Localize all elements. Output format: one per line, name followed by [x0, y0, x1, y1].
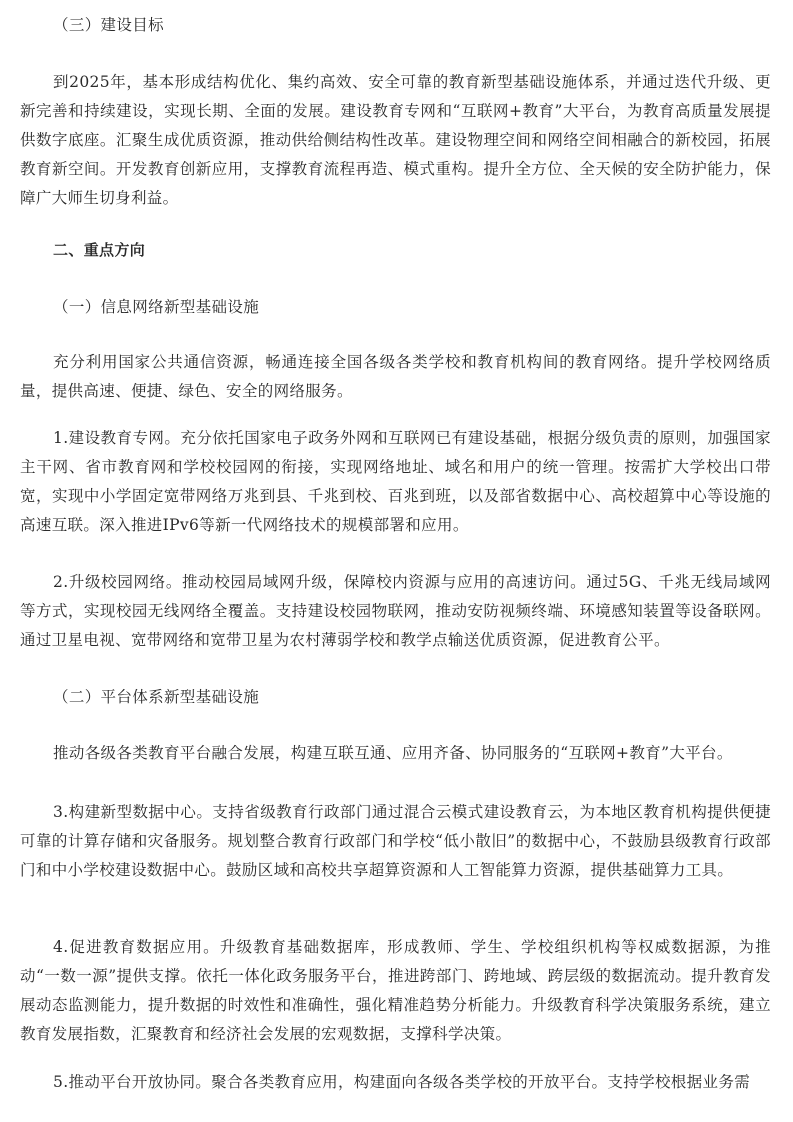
sub-heading-information-network: （一）信息网络新型基础设施 — [53, 293, 793, 322]
paragraph-item-1-education-network: 1.建设教育专网。充分依托国家电子政务外网和互联网已有建设基础，根据分级负责的原… — [20, 424, 771, 540]
paragraph-construction-goals: 到2025年，基本形成结构优化、集约高效、安全可靠的教育新型基础设施体系，并通过… — [20, 68, 771, 213]
paragraph-item-4-data-application: 4.促进教育数据应用。升级教育基础数据库，形成教师、学生、学校组织机构等权威数据… — [20, 933, 771, 1049]
sub-heading-construction-goals: （三）建设目标 — [53, 11, 793, 40]
heading-key-directions: 二、重点方向 — [53, 236, 793, 265]
paragraph-item-3-data-center: 3.构建新型数据中心。支持省级教育行政部门通过混合云模式建设教育云，为本地区教育… — [20, 798, 771, 885]
sub-heading-platform-system: （二）平台体系新型基础设施 — [53, 683, 793, 712]
paragraph-network-intro: 充分利用国家公共通信资源，畅通连接全国各级各类学校和教育机构间的教育网络。提升学… — [20, 348, 771, 406]
paragraph-platform-intro: 推动各级各类教育平台融合发展，构建互联互通、应用齐备、协同服务的“互联网+教育”… — [20, 739, 771, 768]
document-page: （三）建设目标 到2025年，基本形成结构优化、集约高效、安全可靠的教育新型基础… — [0, 0, 793, 1122]
paragraph-item-5-platform-openness: 5.推动平台开放协同。聚合各类教育应用，构建面向各级各类学校的开放平台。支持学校… — [20, 1068, 771, 1097]
paragraph-item-2-campus-network: 2.升级校园网络。推动校园局域网升级，保障校内资源与应用的高速访问。通过5G、千… — [20, 568, 771, 655]
